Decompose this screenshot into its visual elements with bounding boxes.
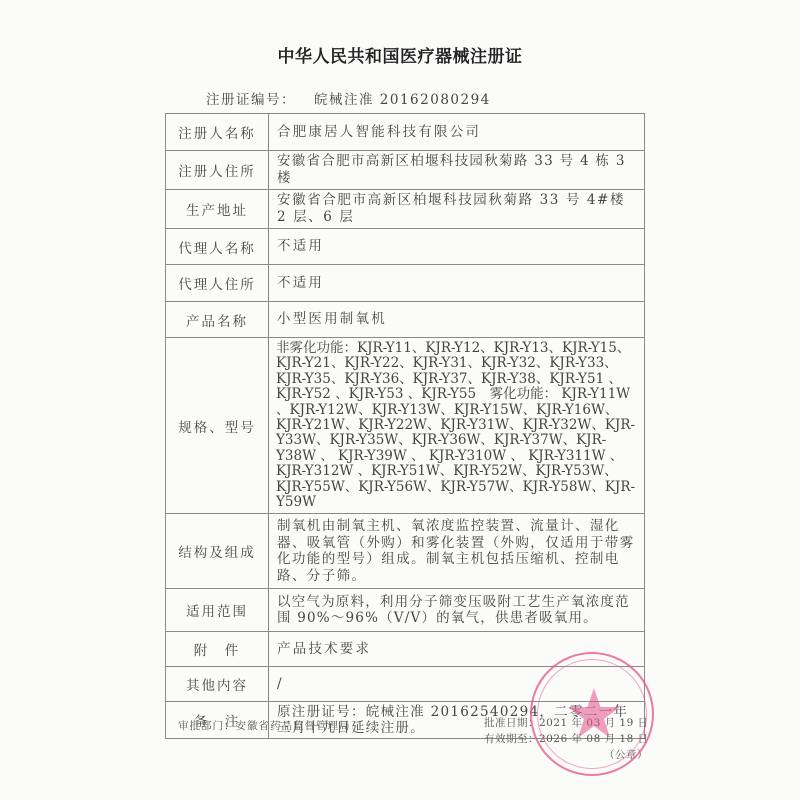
approval-dates: 批准日期：2021 年 03 月 19 日 有效期至：2026 年 08 月 1… bbox=[484, 715, 649, 763]
row-label: 注册人住所 bbox=[166, 151, 269, 190]
row-label: 生产地址 bbox=[166, 190, 269, 229]
row-registrant-address: 注册人住所 安徽省合肥市高新区柏堰科技园秋菊路 33 号 4 栋 3 楼 bbox=[166, 151, 645, 190]
row-label: 规格、型号 bbox=[166, 338, 269, 514]
row-value: / bbox=[269, 667, 645, 702]
row-label: 适用范围 bbox=[166, 589, 269, 632]
row-specification-models: 规格、型号 非雾化功能：KJR-Y11、KJR-Y12、KJR-Y13、KJR-… bbox=[166, 338, 645, 514]
row-attachment: 附 件 产品技术要求 bbox=[166, 632, 645, 667]
registration-number-label: 注册证编号： bbox=[206, 92, 296, 108]
row-production-address: 生产地址 安徽省合肥市高新区柏堰科技园秋菊路 33 号 4#楼 2 层、6 层 bbox=[166, 190, 645, 229]
row-value: 不适用 bbox=[269, 229, 645, 265]
row-agent-address: 代理人住所 不适用 bbox=[166, 265, 645, 302]
registration-number-value: 皖械注准 20162080294 bbox=[314, 92, 491, 108]
row-value: 安徽省合肥市高新区柏堰科技园秋菊路 33 号 4 栋 3 楼 bbox=[269, 151, 645, 190]
seal-note: （公章） bbox=[484, 747, 649, 763]
row-label: 结构及组成 bbox=[166, 514, 269, 589]
row-value: 制氧机由制氧主机、氧浓度监控装置、流量计、湿化器、吸氧管（外购）和雾化装置（外购… bbox=[269, 514, 645, 589]
row-value: 不适用 bbox=[269, 265, 645, 302]
row-structure-composition: 结构及组成 制氧机由制氧主机、氧浓度监控装置、流量计、湿化器、吸氧管（外购）和雾… bbox=[166, 514, 645, 589]
row-agent-name: 代理人名称 不适用 bbox=[166, 229, 645, 265]
valid-until-date: 有效期至：2026 年 08 月 18 日 bbox=[484, 731, 649, 747]
row-label: 其他内容 bbox=[166, 667, 269, 702]
row-label: 产品名称 bbox=[166, 302, 269, 338]
row-value: 以空气为原料，利用分子筛变压吸附工艺生产氧浓度范围 90%～96%（V/V）的氧… bbox=[269, 589, 645, 632]
document-title: 中华人民共和国医疗器械注册证 bbox=[0, 42, 800, 67]
approval-department: 审批部门：安徽省药品监督管理局 bbox=[178, 718, 351, 733]
row-product-name: 产品名称 小型医用制氧机 bbox=[166, 302, 645, 338]
row-registrant-name: 注册人名称 合肥康居人智能科技有限公司 bbox=[166, 114, 645, 151]
row-value: 小型医用制氧机 bbox=[269, 302, 645, 338]
row-value: 安徽省合肥市高新区柏堰科技园秋菊路 33 号 4#楼 2 层、6 层 bbox=[269, 190, 645, 229]
row-value: 非雾化功能：KJR-Y11、KJR-Y12、KJR-Y13、KJR-Y15、KJ… bbox=[269, 338, 645, 514]
row-label: 注册人名称 bbox=[166, 114, 269, 151]
row-value: 产品技术要求 bbox=[269, 632, 645, 667]
row-label: 附 件 bbox=[166, 632, 269, 667]
registration-number-line: 注册证编号：皖械注准 20162080294 bbox=[206, 88, 491, 108]
row-label: 代理人名称 bbox=[166, 229, 269, 265]
row-scope-of-application: 适用范围 以空气为原料，利用分子筛变压吸附工艺生产氧浓度范围 90%～96%（V… bbox=[166, 589, 645, 632]
certificate-table: 注册人名称 合肥康居人智能科技有限公司 注册人住所 安徽省合肥市高新区柏堰科技园… bbox=[165, 113, 645, 739]
row-other-content: 其他内容 / bbox=[166, 667, 645, 702]
approval-date: 批准日期：2021 年 03 月 19 日 bbox=[484, 715, 649, 731]
row-label: 代理人住所 bbox=[166, 265, 269, 302]
row-value: 合肥康居人智能科技有限公司 bbox=[269, 114, 645, 151]
